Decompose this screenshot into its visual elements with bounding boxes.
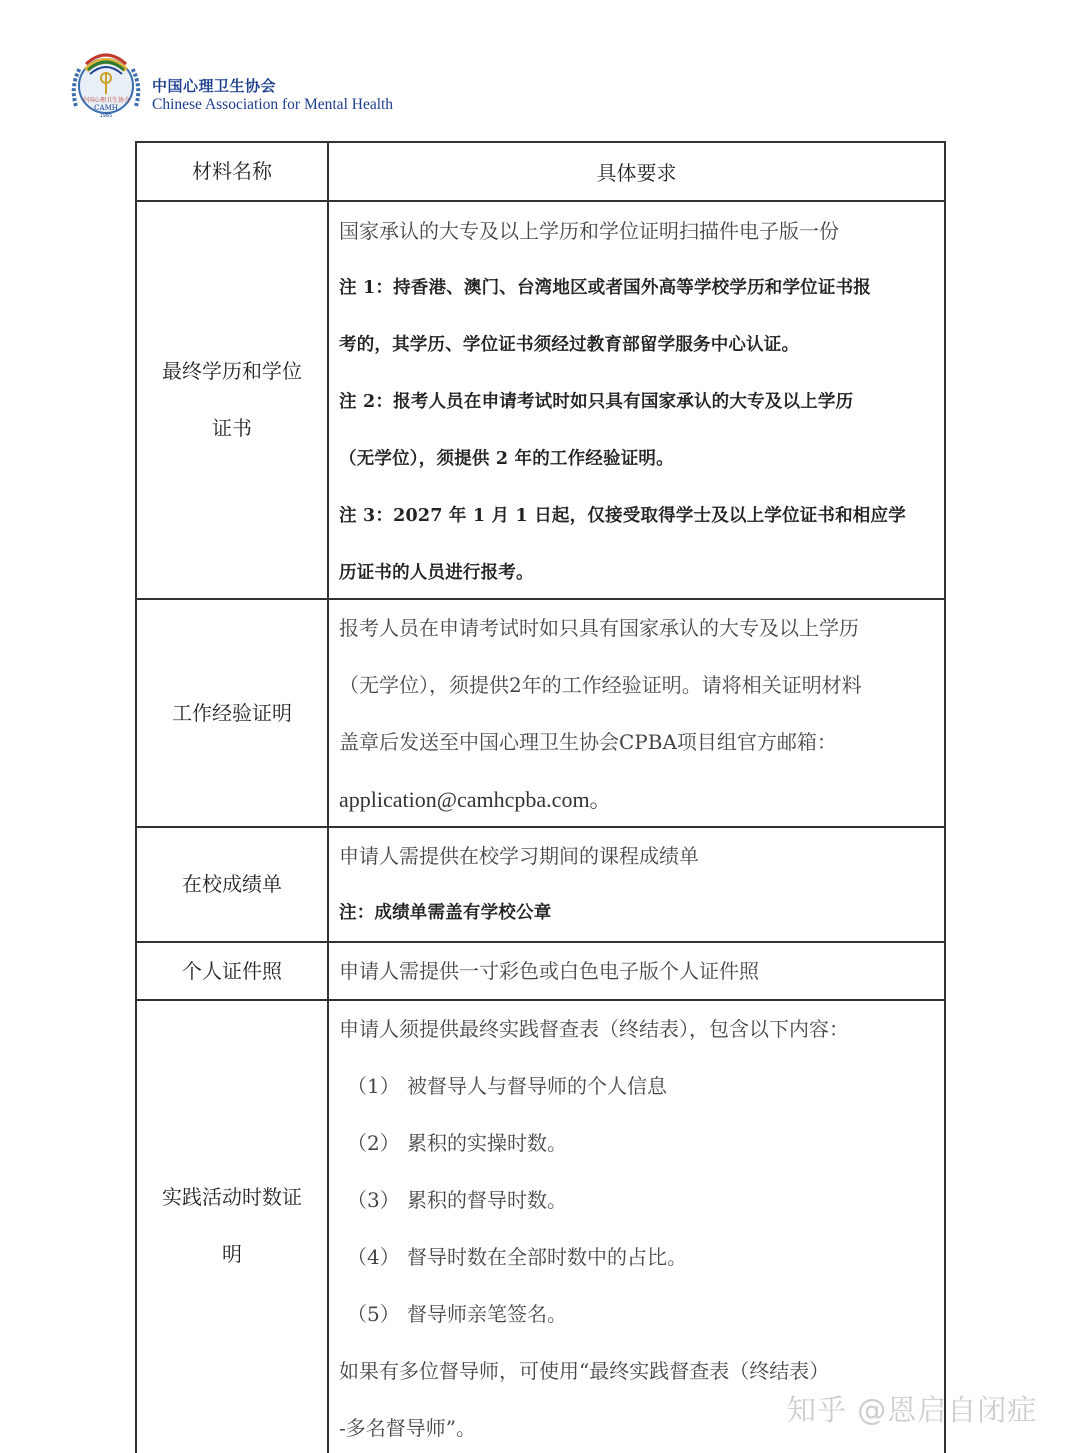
item-number: （1） [347,1058,407,1115]
column-header-material: 材料名称 [137,143,329,200]
material-name: 个人证件照 [137,943,329,999]
table-row: 实践活动时数证 明 申请人须提供最终实践督查表（终结表），包含以下内容： （1）… [137,1001,944,1453]
table-header-row: 材料名称 具体要求 [137,143,944,202]
camh-logo-icon: 中国心理卫生协会 CAMH 1985 [66,46,146,126]
item-number: （5） [347,1286,407,1343]
list-item: （2）累积的实操时数。 [339,1115,934,1172]
requirement-cell: 申请人须提供最终实践督查表（终结表），包含以下内容： （1）被督导人与督导师的个… [329,1001,944,1453]
requirement-cell: 报考人员在申请考试时如只具有国家承认的大专及以上学历 （无学位），须提供2年的工… [329,600,944,826]
list-item: （4）督导时数在全部时数中的占比。 [339,1229,934,1286]
item-text: 被督导人与督导师的个人信息 [407,1074,667,1098]
note-1-cont: 考的，其学历、学位证书须经过教育部留学服务中心认证。 [339,317,934,374]
note-2-cont: （无学位），须提供 2 年的工作经验证明。 [339,431,934,488]
item-text: 督导师亲笔签名。 [407,1302,567,1326]
material-name-line: 实践活动时数证 [162,1169,302,1226]
email-link[interactable]: application@camhcpba.com。 [339,771,934,828]
table-row: 工作经验证明 报考人员在申请考试时如只具有国家承认的大专及以上学历 （无学位），… [137,600,944,828]
org-brand: 中国心理卫生协会 Chinese Association for Mental … [152,76,393,114]
svg-text:CAMH: CAMH [94,104,118,112]
material-name: 最终学历和学位 证书 [137,202,329,598]
table-row: 个人证件照 申请人需提供一寸彩色或白色电子版个人证件照 [137,943,944,1001]
list-item: （1）被督导人与督导师的个人信息 [339,1058,934,1115]
list-item: （3）累积的督导时数。 [339,1172,934,1229]
requirement-text: 报考人员在申请考试时如只具有国家承认的大专及以上学历 [339,600,934,657]
requirement-cell: 申请人需提供一寸彩色或白色电子版个人证件照 [329,943,944,999]
org-name-cn: 中国心理卫生协会 [152,76,393,96]
requirement-cell: 申请人需提供在校学习期间的课程成绩单 注：成绩单需盖有学校公章 [329,828,944,941]
item-number: （4） [347,1229,407,1286]
requirement-text: 盖章后发送至中国心理卫生协会CPBA项目组官方邮箱： [339,714,934,771]
requirements-table: 材料名称 具体要求 最终学历和学位 证书 国家承认的大专及以上学历和学位证明扫描… [135,141,946,1453]
column-header-requirements: 具体要求 [329,143,944,200]
item-text: 督导时数在全部时数中的占比。 [407,1245,687,1269]
item-number: （2） [347,1115,407,1172]
material-name-line: 证书 [162,400,302,457]
document-page: 中国心理卫生协会 CAMH 1985 中国心理卫生协会 Chinese Asso… [0,0,1076,1453]
requirement-text: 申请人需提供一寸彩色或白色电子版个人证件照 [339,943,934,1000]
material-name: 工作经验证明 [137,600,329,826]
requirement-text: 申请人需提供在校学习期间的课程成绩单 [339,828,934,885]
svg-text:中国心理卫生协会: 中国心理卫生协会 [82,96,130,104]
note: 注：成绩单需盖有学校公章 [339,885,934,942]
item-text: 累积的督导时数。 [407,1188,567,1212]
material-name-line: 明 [162,1226,302,1283]
requirement-text: （无学位），须提供2年的工作经验证明。请将相关证明材料 [339,657,934,714]
svg-text:1985: 1985 [100,113,113,119]
material-name: 实践活动时数证 明 [137,1001,329,1453]
note-3: 注 3：2027 年 1 月 1 日起，仅接受取得学士及以上学位证书和相应学 [339,488,934,545]
requirement-cell: 国家承认的大专及以上学历和学位证明扫描件电子版一份 注 1：持香港、澳门、台湾地… [329,202,944,598]
requirement-intro: 申请人须提供最终实践督查表（终结表），包含以下内容： [339,1001,934,1058]
org-name-en: Chinese Association for Mental Health [152,96,393,114]
note-1: 注 1：持香港、澳门、台湾地区或者国外高等学校学历和学位证书报 [339,260,934,317]
material-name-line: 最终学历和学位 [162,343,302,400]
note-2: 注 2：报考人员在申请考试时如只具有国家承认的大专及以上学历 [339,374,934,431]
table-row: 在校成绩单 申请人需提供在校学习期间的课程成绩单 注：成绩单需盖有学校公章 [137,828,944,943]
item-text: 累积的实操时数。 [407,1131,567,1155]
table-row: 最终学历和学位 证书 国家承认的大专及以上学历和学位证明扫描件电子版一份 注 1… [137,202,944,600]
zhihu-watermark: 知乎 @恩启自闭症 [787,1388,1037,1429]
item-number: （3） [347,1172,407,1229]
list-item: （5）督导师亲笔签名。 [339,1286,934,1343]
note-3-cont: 历证书的人员进行报考。 [339,545,934,602]
material-name: 在校成绩单 [137,828,329,941]
requirement-text: 国家承认的大专及以上学历和学位证明扫描件电子版一份 [339,203,934,260]
